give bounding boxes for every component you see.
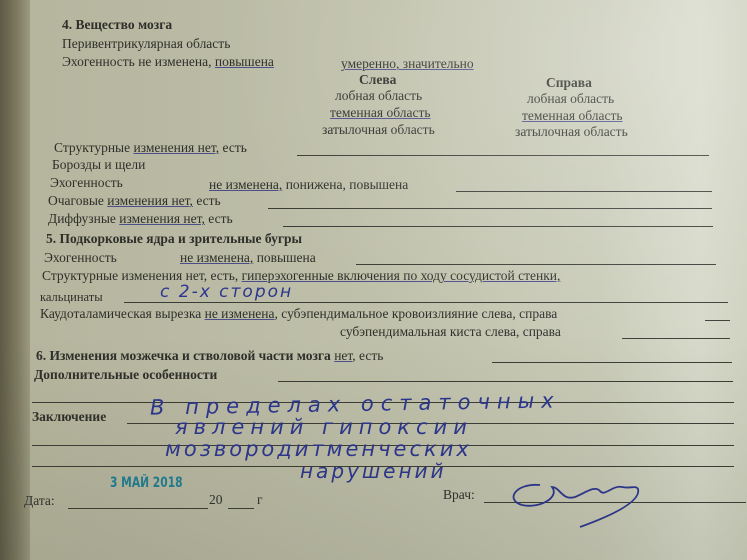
- left-region-occipital: затылочная область: [322, 122, 435, 138]
- left-side-title: Слева: [359, 72, 396, 88]
- structural-marked: изменения нет,: [133, 140, 219, 155]
- periventricular-label: Перивентрикулярная область: [62, 36, 230, 52]
- doctor-signature: [500, 475, 645, 535]
- echogenicity-fill-line[interactable]: [456, 191, 712, 192]
- year-prefix: 20: [209, 492, 223, 508]
- focal-fill-line[interactable]: [268, 208, 712, 209]
- right-side-title: Справа: [546, 75, 592, 91]
- echo-increased-marked: повышена: [215, 54, 274, 69]
- focal-changes-field: Очаговые изменения нет, есть: [48, 193, 221, 209]
- s5-structural-marked: гиперэхогенные включения по ходу сосудис…: [242, 268, 561, 283]
- additional-features-label: Дополнительные особенности: [34, 367, 217, 383]
- caudothalamic-marked: не изменена: [205, 306, 275, 321]
- echo-degree-text: умеренно, значительно: [341, 56, 474, 71]
- date-fill-line[interactable]: [68, 508, 208, 509]
- structural-prefix: Структурные: [54, 140, 133, 155]
- caudothalamic-fill-line[interactable]: [705, 320, 730, 321]
- section-4-heading: 4. Вещество мозга: [62, 17, 172, 33]
- s6-marked: нет: [334, 348, 352, 363]
- calcinates-label: кальцинаты: [40, 289, 103, 305]
- s6-fill-line[interactable]: [492, 362, 732, 363]
- date-stamp: 3 МАЙ 2018: [110, 475, 183, 491]
- additional-fill-line[interactable]: [278, 381, 733, 382]
- cyst-label: субэпендимальная киста слева, справа: [340, 324, 561, 340]
- echo-prefix: Эхогенность не изменена,: [62, 54, 215, 69]
- echo-degree: умеренно, значительно: [341, 56, 474, 72]
- caudothalamic-prefix: Каудоталамическая вырезка: [40, 306, 205, 321]
- diffuse-marked: изменения нет,: [119, 211, 205, 226]
- section-6-heading: 6. Изменения мозжечка и стволовой части …: [36, 348, 383, 364]
- s5-structural-prefix: Структурные изменения нет, есть,: [42, 268, 242, 283]
- s6-suffix: , есть: [352, 348, 383, 363]
- s5-echogenicity-rest: повышена: [253, 250, 315, 265]
- s5-echogenicity-label: Эхогенность: [44, 250, 117, 266]
- calcinates-fill-line[interactable]: [124, 302, 728, 303]
- left-region-parietal: теменная область: [330, 105, 431, 121]
- diffuse-fill-line[interactable]: [283, 226, 713, 227]
- conclusion-handwritten-3: мозвородитменческих: [165, 437, 472, 461]
- right-region-parietal: теменная область: [522, 108, 623, 124]
- structural-changes-field: Структурные изменения нет, есть: [54, 140, 247, 156]
- periventricular-echo-field: Эхогенность не изменена, повышена: [62, 54, 274, 70]
- cyst-fill-line[interactable]: [622, 338, 730, 339]
- diffuse-changes-field: Диффузные изменения нет, есть: [48, 211, 233, 227]
- year-fill-line[interactable]: [228, 508, 254, 509]
- caudothalamic-field: Каудоталамическая вырезка не изменена, с…: [40, 306, 557, 322]
- conclusion-label: Заключение: [32, 409, 106, 425]
- conclusion-handwritten-4: нарушений: [300, 459, 447, 483]
- s6-prefix: 6. Изменения мозжечка и стволовой части …: [36, 348, 334, 363]
- right-region-occipital: затылочная область: [515, 124, 628, 140]
- s5-echogenicity-marked: не изменена,: [180, 250, 253, 265]
- notebook-binding: [0, 0, 30, 560]
- echogenicity-marked: не изменена,: [209, 177, 282, 192]
- focal-marked: изменения нет,: [107, 193, 193, 208]
- focal-suffix: есть: [193, 193, 221, 208]
- left-region-frontal: лобная область: [335, 88, 422, 104]
- year-suffix: г: [257, 492, 263, 508]
- echogenicity-label: Эхогенность: [50, 175, 123, 191]
- structural-fill-line[interactable]: [297, 155, 709, 156]
- diffuse-suffix: есть: [205, 211, 233, 226]
- section-5-heading: 5. Подкорковые ядра и зрительные бугры: [46, 231, 302, 247]
- conclusion-handwritten-2: явлений гипоксии: [175, 415, 473, 439]
- date-label: Дата:: [24, 493, 55, 509]
- structural-suffix: есть: [219, 140, 247, 155]
- doctor-label: Врач:: [443, 487, 475, 503]
- focal-prefix: Очаговые: [48, 193, 107, 208]
- s5-echogenicity-options: не изменена, повышена: [180, 250, 316, 266]
- diffuse-prefix: Диффузные: [48, 211, 119, 226]
- calcinates-handwritten: с 2-х сторон: [160, 282, 293, 302]
- sulci-label: Борозды и щели: [52, 157, 145, 173]
- caudothalamic-suffix: , субэпендимальное кровоизлияние слева, …: [275, 306, 558, 321]
- echogenicity-options: не изменена, понижена, повышена: [209, 177, 408, 193]
- s5-structural-field: Структурные изменения нет, есть, гиперэх…: [42, 268, 560, 284]
- echogenicity-rest: понижена, повышена: [282, 177, 408, 192]
- s5-echogenicity-fill-line[interactable]: [356, 264, 716, 265]
- right-region-frontal: лобная область: [527, 91, 614, 107]
